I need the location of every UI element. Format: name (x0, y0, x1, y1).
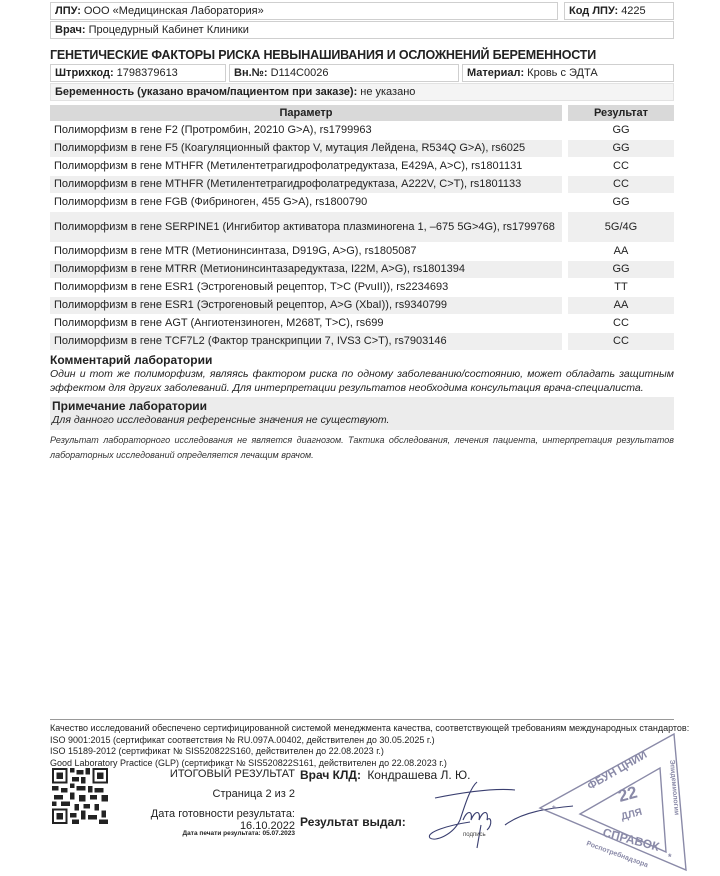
svg-text:*: * (668, 852, 672, 862)
stamp-line1: ДЛЯ (620, 807, 643, 823)
result-cell: GG (562, 140, 674, 157)
table-row: Полиморфизм в гене MTR (Метионинсинтаза,… (50, 243, 674, 260)
footer-divider (50, 719, 674, 720)
meta-row: Штрихкод: 1798379613 Вн.№: D114C0026 Мат… (50, 64, 674, 82)
svg-text:*: * (552, 804, 556, 814)
table-row: Полиморфизм в гене F5 (Коагуляционный фа… (50, 140, 674, 157)
parameter-cell: Полиморфизм в гене MTHFR (Метилентетраги… (50, 176, 562, 193)
qr-code-icon (52, 768, 108, 824)
signature-caption: подпись (463, 832, 486, 838)
parameter-cell: Полиморфизм в гене FGB (Фибриноген, 455 … (50, 194, 562, 211)
doctor-field: Врач: Процедурный Кабинет Клиники (50, 21, 674, 39)
lpu-value: ООО «Медицинская Лаборатория» (84, 5, 264, 17)
barcode-field: Штрихкод: 1798379613 (50, 64, 226, 82)
table-row: Полиморфизм в гене MTHFR (Метилентетраги… (50, 158, 674, 175)
parameter-cell: Полиморфизм в гене MTHFR (Метилентетраги… (50, 158, 562, 175)
column-header-result: Результат (562, 105, 674, 121)
parameter-cell: Полиморфизм в гене SERPINE1 (Ингибитор а… (50, 212, 562, 242)
barcode-label: Штрихкод: (55, 67, 114, 79)
stamp-icon: ФБУН ЦНИИ Эпидемиологии 22 ДЛЯ СПРАВОК Р… (520, 730, 690, 876)
pregnancy-field: Беременность (указано врачом/пациентом п… (50, 83, 674, 101)
table-row: Полиморфизм в гене F2 (Протромбин, 20210… (50, 122, 674, 139)
table-row: Полиморфизм в гене SERPINE1 (Ингибитор а… (50, 212, 674, 242)
result-cell: CC (562, 176, 674, 193)
parameter-cell: Полиморфизм в гене MTR (Метионинсинтаза,… (50, 243, 562, 260)
parameter-cell: Полиморфизм в гене TCF7L2 (Фактор транск… (50, 333, 562, 350)
table-row: Полиморфизм в гене ESR1 (Эстрогеновый ре… (50, 297, 674, 314)
kld-doctor-label: Врач КЛД: (300, 768, 361, 782)
result-cell: GG (562, 122, 674, 139)
report-title: ГЕНЕТИЧЕСКИЕ ФАКТОРЫ РИСКА НЕВЫНАШИВАНИЯ… (50, 48, 596, 62)
lpu-label: ЛПУ: (55, 5, 81, 17)
internal-no-field: Вн.№: D114C0026 (229, 64, 459, 82)
result-cell: GG (562, 261, 674, 278)
pregnancy-value: не указано (360, 86, 415, 98)
result-cell: CC (562, 158, 674, 175)
comment-heading: Комментарий лаборатории (50, 353, 212, 367)
table-row: Полиморфизм в гене FGB (Фибриноген, 455 … (50, 194, 674, 211)
table-row: Полиморфизм в гене MTRR (Метионинсинтаза… (50, 261, 674, 278)
doctor-value: Процедурный Кабинет Клиники (89, 24, 249, 36)
parameter-cell: Полиморфизм в гене MTRR (Метионинсинтаза… (50, 261, 562, 278)
lpu-code-label: Код ЛПУ: (569, 5, 618, 17)
stamp-number: 22 (616, 783, 639, 806)
result-cell: GG (562, 194, 674, 211)
stamp-side-text: Эпидемиологии (668, 760, 680, 816)
page-number: Страница 2 из 2 (110, 788, 295, 808)
result-cell: AA (562, 243, 674, 260)
lpu-field: ЛПУ: ООО «Медицинская Лаборатория» (50, 2, 558, 20)
lpu-code-field: Код ЛПУ: 4225 (564, 2, 674, 20)
issued-by-label: Результат выдал: (300, 815, 406, 829)
final-result-block: ИТОГОВЫЙ РЕЗУЛЬТАТ Страница 2 из 2 Дата … (110, 768, 295, 840)
lpu-row: ЛПУ: ООО «Медицинская Лаборатория» Код Л… (50, 2, 674, 20)
result-cell: CC (562, 315, 674, 332)
doctor-label: Врач: (55, 24, 86, 36)
print-date: Дата печати результата: 05.07.2023 (110, 830, 295, 840)
note-text: Для данного исследования референсные зна… (52, 414, 672, 426)
result-cell: TT (562, 279, 674, 296)
internal-no-label: Вн.№: (234, 67, 268, 79)
material-label: Материал: (467, 67, 524, 79)
parameter-cell: Полиморфизм в гене ESR1 (Эстрогеновый ре… (50, 279, 562, 296)
comment-text: Один и тот же полиморфизм, являясь факто… (50, 367, 674, 395)
results-table: Параметр Результат Полиморфизм в гене F2… (50, 104, 674, 351)
barcode-value: 1798379613 (117, 67, 178, 79)
ready-date: Дата готовности результата: 16.10.2022 (110, 808, 295, 828)
final-result-label: ИТОГОВЫЙ РЕЗУЛЬТАТ (110, 768, 295, 788)
column-header-parameter: Параметр (50, 105, 562, 121)
parameter-cell: Полиморфизм в гене ESR1 (Эстрогеновый ре… (50, 297, 562, 314)
table-row: Полиморфизм в гене MTHFR (Метилентетраги… (50, 176, 674, 193)
result-cell: AA (562, 297, 674, 314)
material-field: Материал: Кровь с ЭДТА (462, 64, 674, 82)
table-row: Полиморфизм в гене AGT (Ангиотензиноген,… (50, 315, 674, 332)
material-value: Кровь с ЭДТА (527, 67, 598, 79)
parameter-cell: Полиморфизм в гене F2 (Протромбин, 20210… (50, 122, 562, 139)
note-box: Примечание лаборатории Для данного иссле… (50, 397, 674, 430)
table-row: Полиморфизм в гене ESR1 (Эстрогеновый ре… (50, 279, 674, 296)
pregnancy-label: Беременность (указано врачом/пациентом п… (55, 86, 357, 98)
table-header-row: Параметр Результат (50, 105, 674, 121)
stamp-top-text: ФБУН ЦНИИ (586, 749, 650, 793)
internal-no-value: D114C0026 (271, 67, 329, 79)
disclaimer-text: Результат лабораторного исследования не … (50, 433, 674, 463)
parameter-cell: Полиморфизм в гене AGT (Ангиотензиноген,… (50, 315, 562, 332)
parameter-cell: Полиморфизм в гене F5 (Коагуляционный фа… (50, 140, 562, 157)
lpu-code-value: 4225 (621, 5, 645, 17)
result-cell: CC (562, 333, 674, 350)
result-cell: 5G/4G (562, 212, 674, 242)
note-heading: Примечание лаборатории (52, 399, 672, 413)
table-row: Полиморфизм в гене TCF7L2 (Фактор транск… (50, 333, 674, 350)
